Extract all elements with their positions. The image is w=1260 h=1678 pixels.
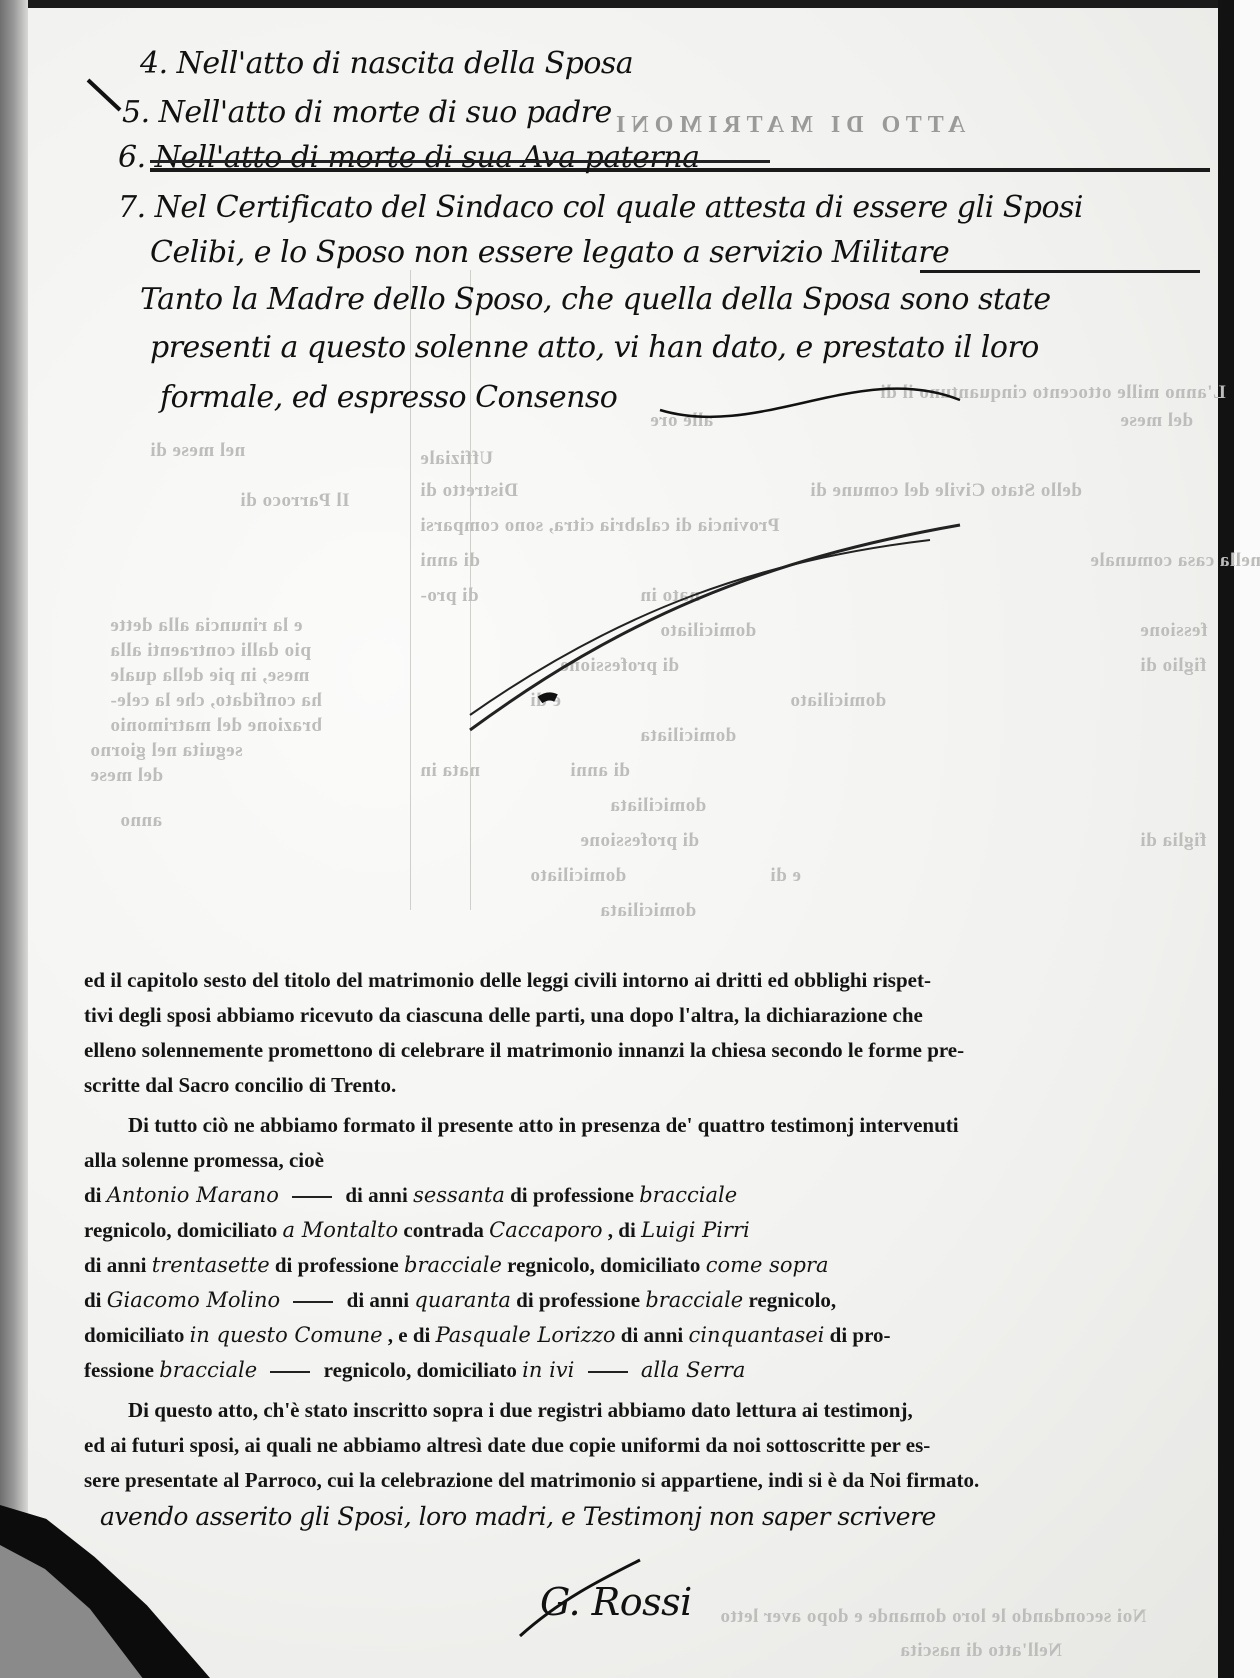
witness-line-3: di anni trentasette di professione bracc…: [84, 1253, 1214, 1278]
pen-strokes: [0, 0, 1260, 1678]
body-line: ed il capitolo sesto del titolo del matr…: [84, 968, 1214, 993]
bleed-line: Noi secondando le loro domande e dopo av…: [720, 1606, 1147, 1628]
witness-name: Luigi Pirri: [641, 1218, 750, 1242]
witness-name: Antonio Marano: [107, 1183, 279, 1207]
witness-line-6: fessione bracciale regnicolo, domiciliat…: [84, 1358, 1214, 1383]
witness-name: Giacomo Molino: [107, 1288, 280, 1312]
body-line: Di tutto ciò ne abbiamo formato il prese…: [128, 1113, 1258, 1138]
witness-name: Pasquale Lorizzo: [436, 1323, 616, 1347]
body-line: elleno solennemente promettono di celebr…: [84, 1038, 1214, 1063]
body-line: alla solenne promessa, cioè: [84, 1148, 1214, 1173]
body-line: tivi degli sposi abbiamo ricevuto da cia…: [84, 1003, 1214, 1028]
closing-handwritten-note: avendo asserito gli Sposi, loro madri, e…: [100, 1502, 936, 1531]
witness-line-2: regnicolo, domiciliato a Montalto contra…: [84, 1218, 1214, 1243]
witness-line-5: domiciliato in questo Comune , e di Pasq…: [84, 1323, 1214, 1348]
body-line: ed ai futuri sposi, ai quali ne abbiamo …: [84, 1433, 1214, 1458]
body-line: scritte dal Sacro concilio di Trento.: [84, 1073, 1214, 1098]
bleed-line: Nell'atto di nascita: [900, 1640, 1062, 1662]
witness-line-4: di Giacomo Molino di anni quaranta di pr…: [84, 1288, 1214, 1313]
officer-signature: G. Rossi: [540, 1580, 692, 1624]
witness-line-1: di Antonio Marano di anni sessanta di pr…: [84, 1183, 1214, 1208]
body-line: Di questo atto, ch'è stato inscritto sop…: [128, 1398, 1258, 1423]
scanned-document-page: ATTO DI MATRIMONI L'anno mille ottocento…: [0, 0, 1260, 1678]
body-line: sere presentate al Parroco, cui la celeb…: [84, 1468, 1214, 1493]
